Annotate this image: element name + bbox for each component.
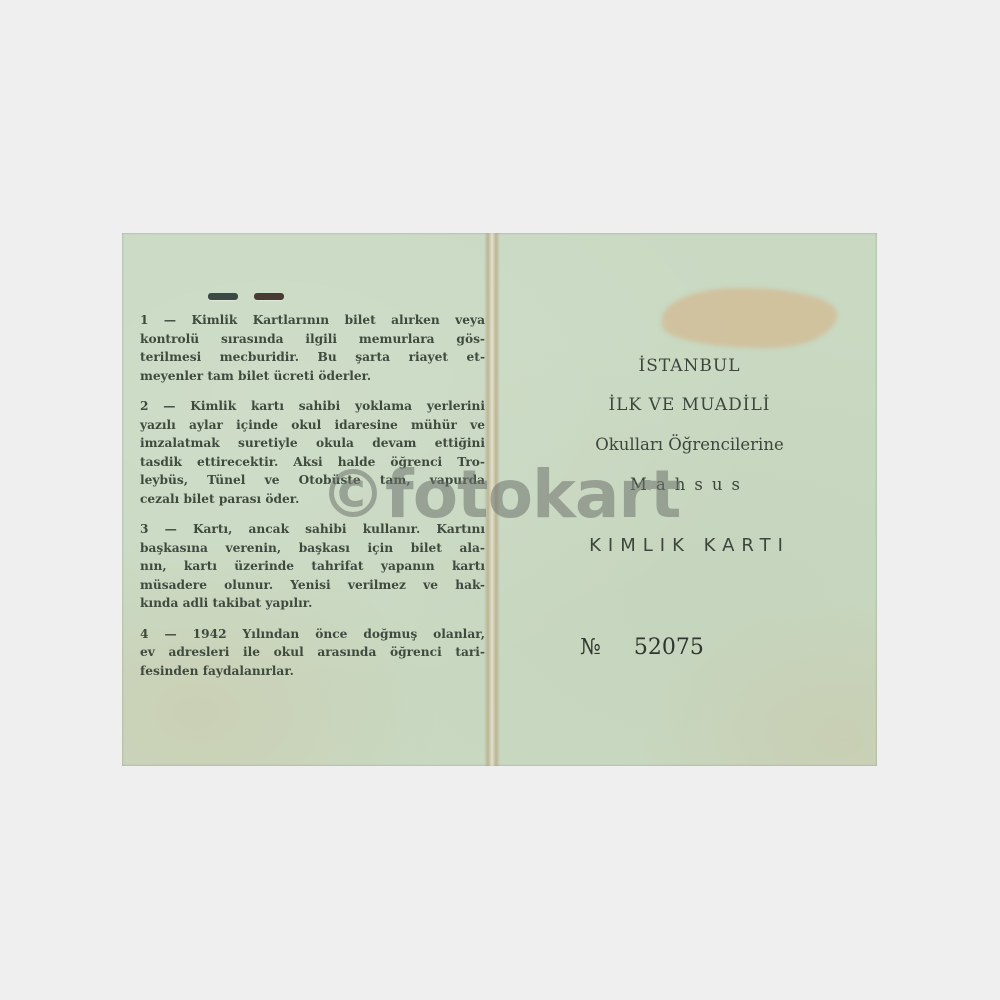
city-title: İSTANBUL: [502, 356, 877, 376]
punch-slot: [208, 293, 238, 300]
students-subtitle: Okulları Öğrencilerine: [502, 435, 877, 454]
rule-line: fesinden faydalanırlar.: [140, 662, 485, 681]
card-number: № 52075: [580, 635, 704, 660]
card-title: KIMLIK KARTI: [502, 535, 877, 556]
rule-line: müsadere olunur. Yenisi verilmez ve hak-: [140, 576, 485, 595]
card-number-value: 52075: [634, 635, 704, 660]
rule-item: 3 — Kartı, ancak sahibi kullanır. Kartın…: [140, 520, 485, 613]
rule-line: terilmesi mecburidir. Bu şarta riayet et…: [140, 348, 485, 367]
rule-line: 1 — Kimlik Kartlarının bilet alırken vey…: [140, 311, 485, 330]
rule-line: yazılı aylar içinde okul idaresine mühür…: [140, 416, 485, 435]
watermark: ©fotokart: [320, 462, 680, 528]
rule-line: imzalatmak suretiyle okula devam ettiğin…: [140, 434, 485, 453]
rule-line: 4 — 1942 Yılından önce doğmuş olanlar,: [140, 625, 485, 644]
rule-item: 1 — Kimlik Kartlarının bilet alırken vey…: [140, 311, 485, 385]
rule-line: kontrolü sırasında ilgili memurlara gös-: [140, 330, 485, 349]
rule-item: 4 — 1942 Yılından önce doğmuş olanlar,ev…: [140, 625, 485, 681]
rule-line: ev adresleri ile okul arasında öğrenci t…: [140, 643, 485, 662]
rule-line: 2 — Kimlik kartı sahibi yoklama yerlerin…: [140, 397, 485, 416]
number-sign: №: [580, 635, 601, 660]
punch-slot: [254, 293, 284, 300]
rule-line: kında adli takibat yapılır.: [140, 594, 485, 613]
rule-line: başkasına verenin, başkası için bilet al…: [140, 539, 485, 558]
rule-line: meyenler tam bilet ücreti öderler.: [140, 367, 485, 386]
school-type-title: İLK VE MUADİLİ: [502, 395, 877, 415]
rule-line: nın, kartı üzerinde tahrifat yapanın kar…: [140, 557, 485, 576]
